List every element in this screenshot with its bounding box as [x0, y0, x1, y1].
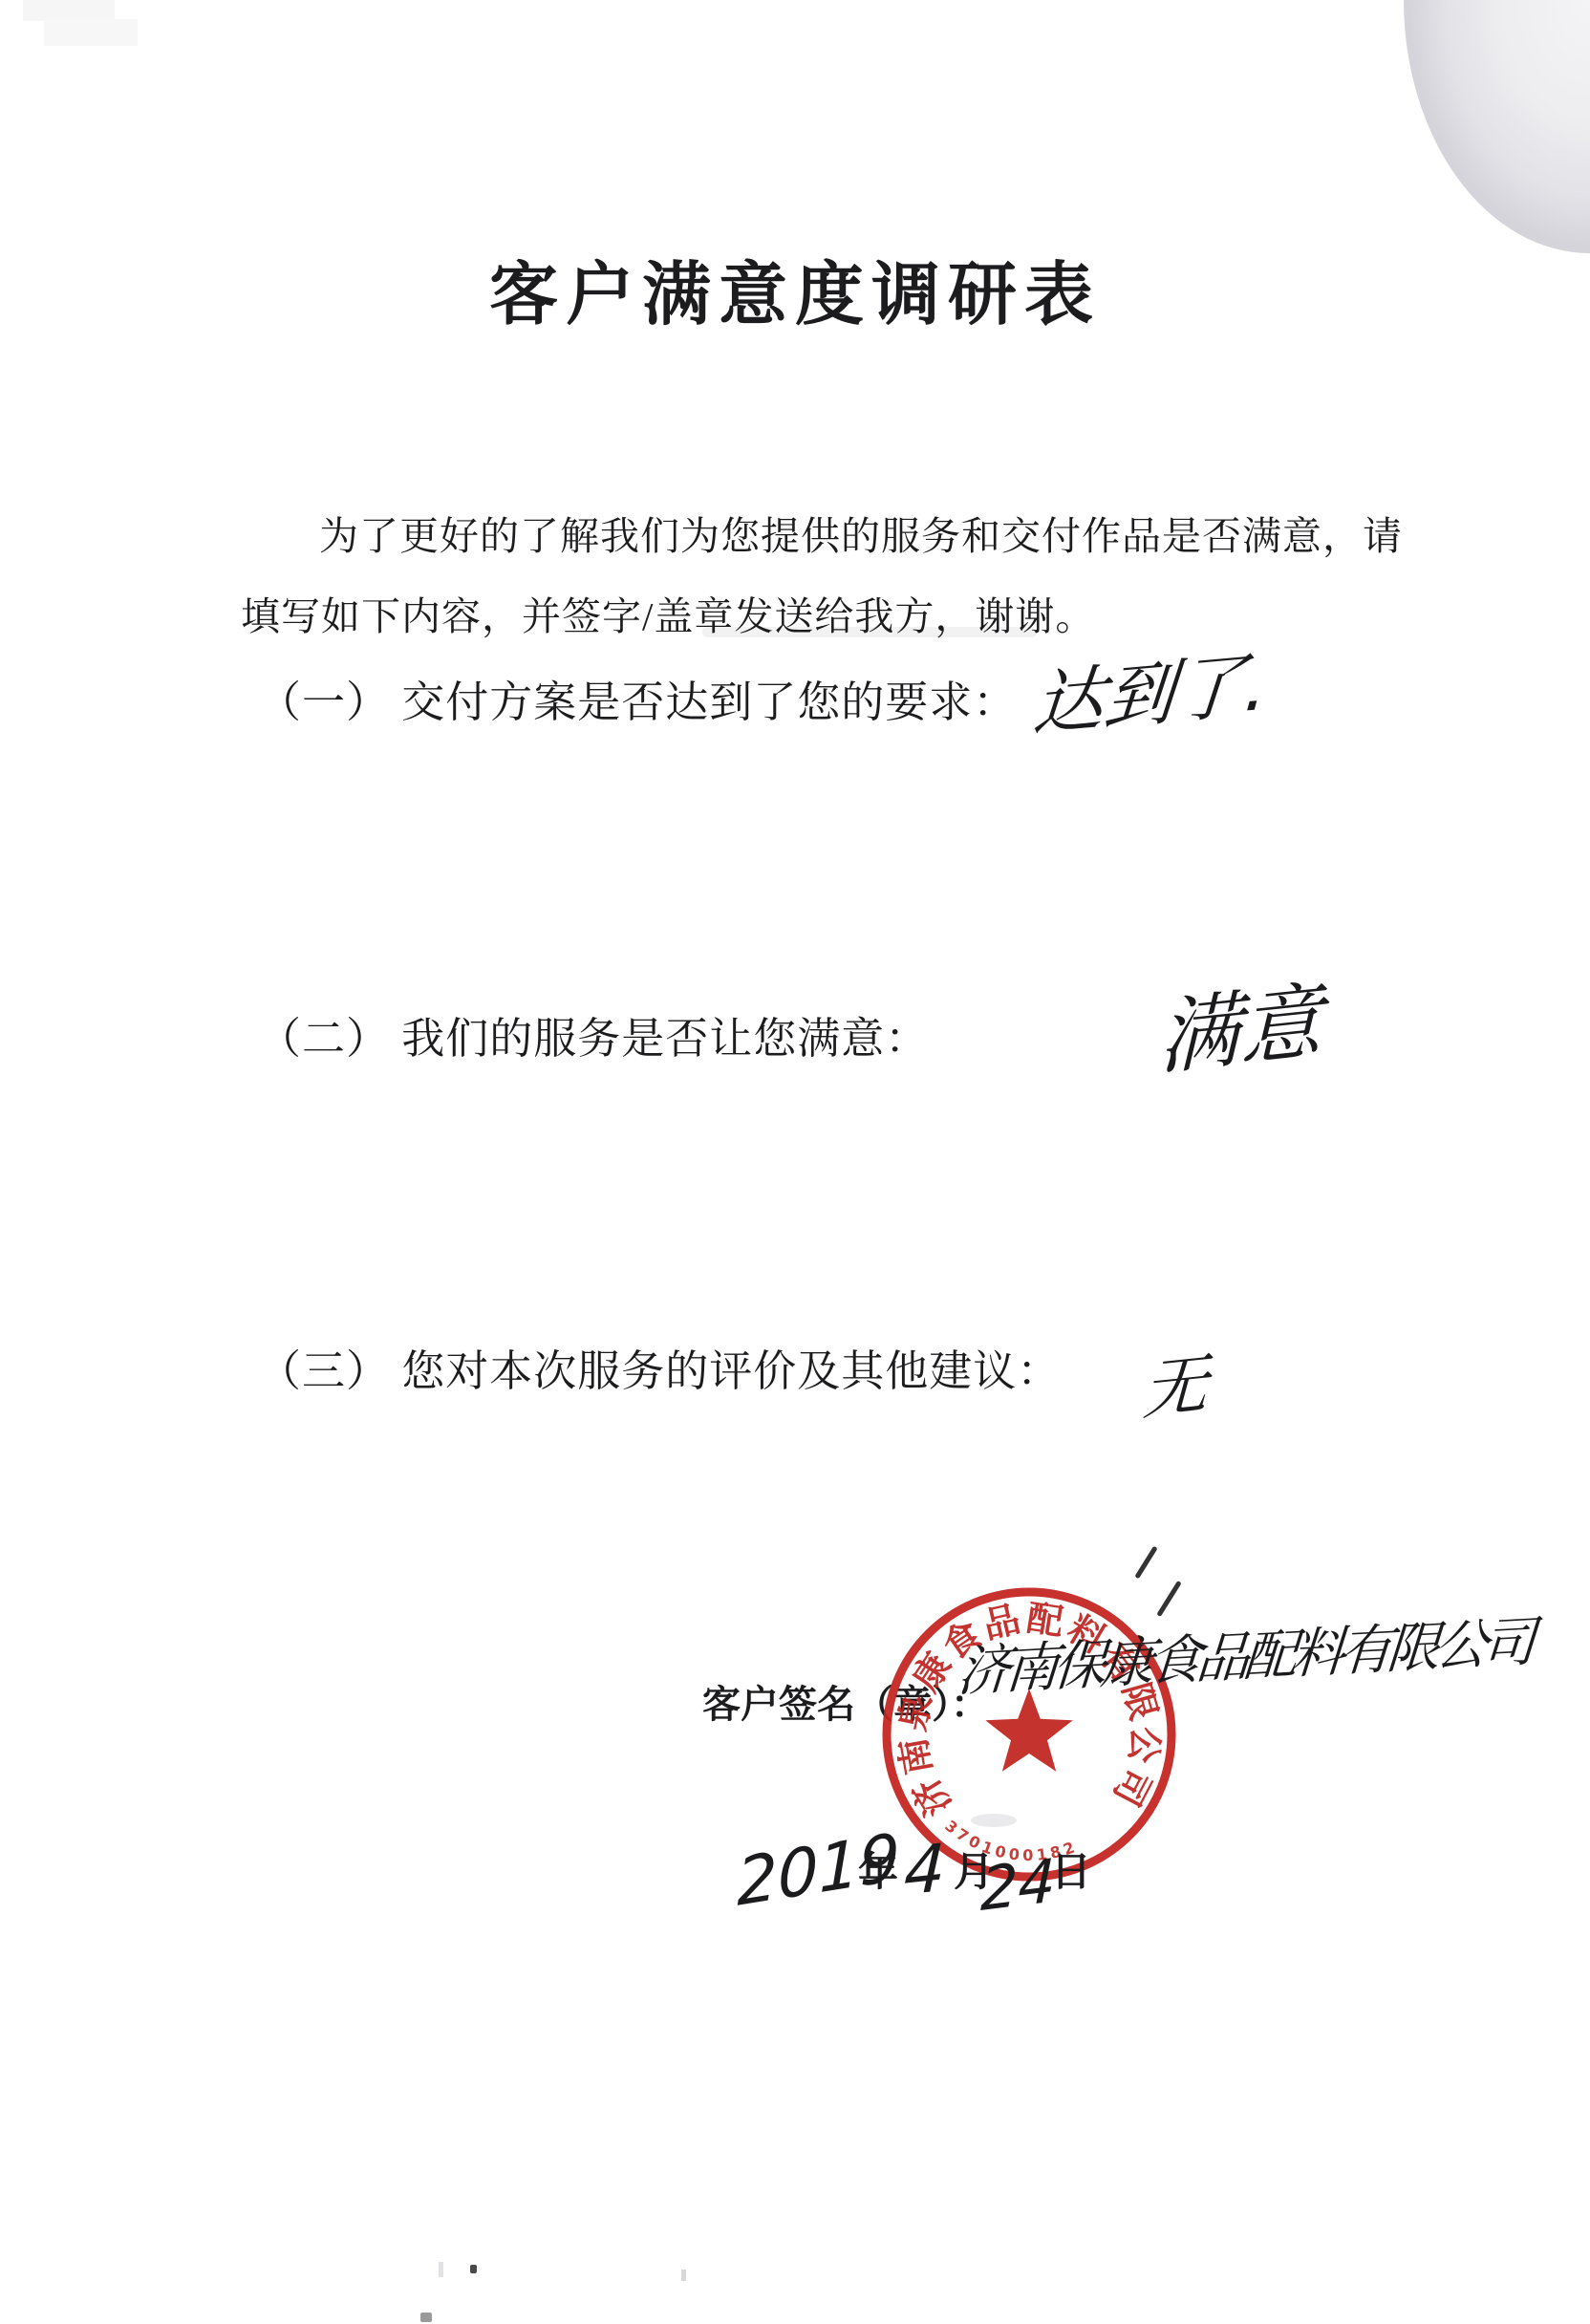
- question-2-handwritten-answer: 满意: [1158, 955, 1321, 1091]
- scan-speck: [470, 2265, 477, 2273]
- question-1-handwritten-answer: 达到了.: [1030, 628, 1273, 751]
- handwritten-month: 4: [903, 1830, 947, 1910]
- handwritten-day: 24: [980, 1845, 1057, 1925]
- intro-line-1: 为了更好的了解我们为您提供的服务和交付作品是否满意，请: [319, 505, 1403, 561]
- question-3-handwritten-answer: 无: [1141, 1332, 1209, 1432]
- page-curl-shadow: [1404, 0, 1590, 253]
- intro-line-2: 填写如下内容，并签字/盖章发送给我方，谢谢。: [241, 585, 1095, 641]
- scan-speck: [681, 2270, 686, 2281]
- day-label: 日: [1051, 1840, 1091, 1898]
- question-2-label: （二） 我们的服务是否让您满意：: [258, 1003, 929, 1065]
- scan-speck: [439, 2262, 443, 2277]
- question-1-label: （一） 交付方案是否达到了您的要求：: [258, 667, 1017, 729]
- year-label: 年: [858, 1840, 898, 1898]
- stray-ink-stroke: [1134, 1546, 1157, 1580]
- page-title: 客户满意度调研表: [0, 239, 1590, 338]
- scanned-survey-page: 客户满意度调研表 为了更好的了解我们为您提供的服务和交付作品是否满意，请 填写如…: [0, 0, 1590, 2324]
- question-3-label: （三） 您对本次服务的评价及其他建议：: [258, 1336, 1061, 1398]
- scan-artifact-blob: [23, 0, 115, 21]
- scan-artifact-blob: [44, 19, 138, 46]
- scan-speck: [420, 2313, 432, 2322]
